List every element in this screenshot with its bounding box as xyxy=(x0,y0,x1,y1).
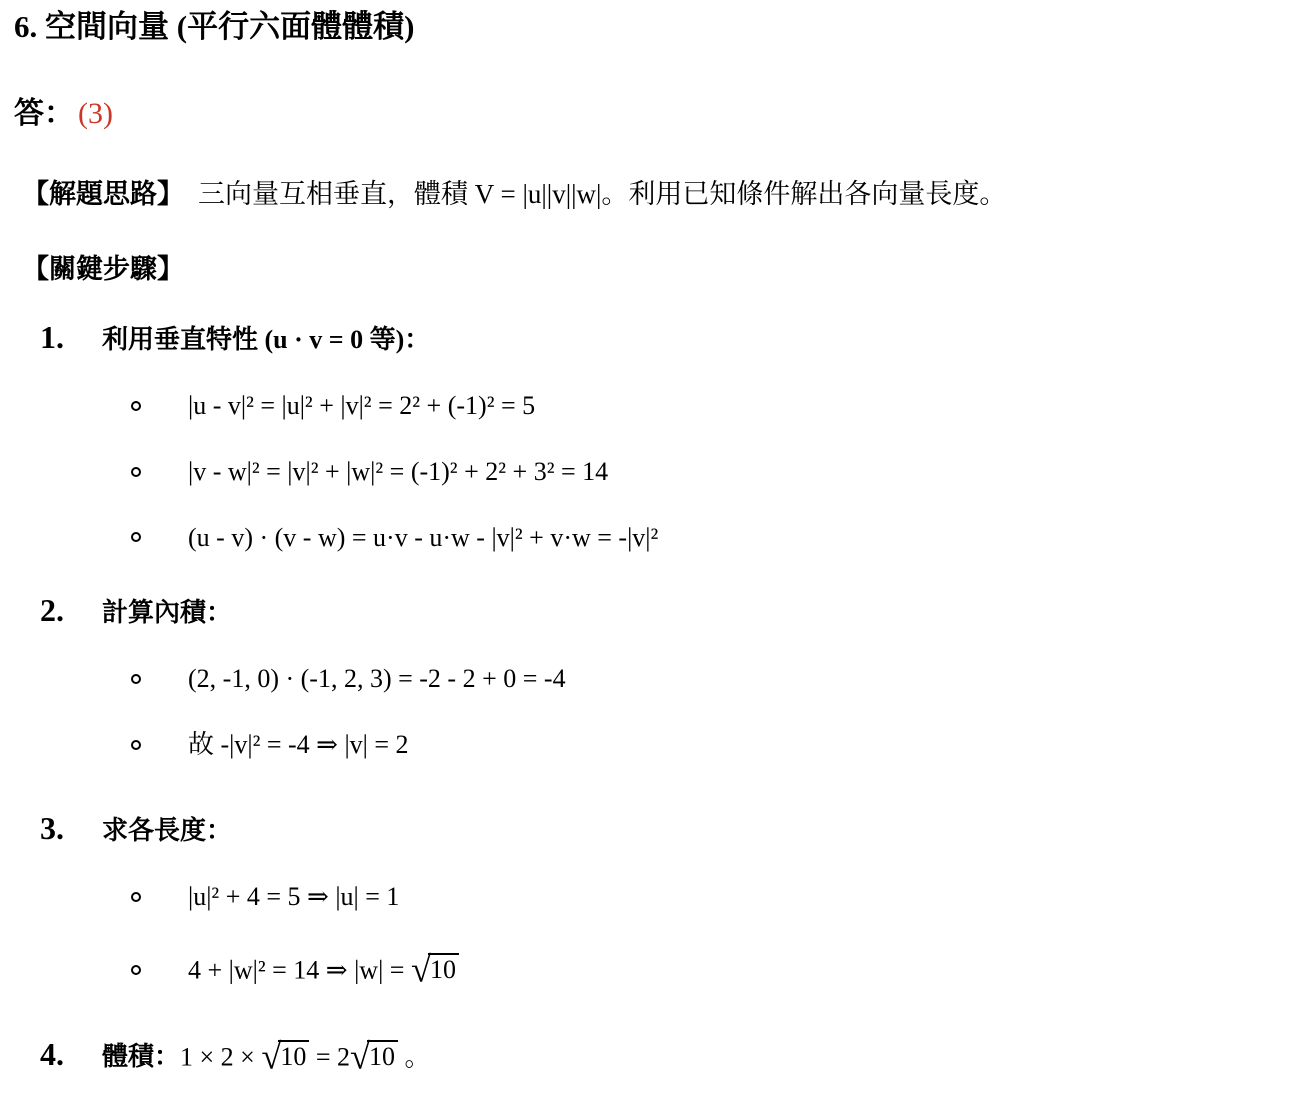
bullet-circle-icon xyxy=(131,401,141,411)
radicand: 10 xyxy=(278,1040,309,1072)
step-number: 4. xyxy=(40,1034,102,1074)
volume-formula: 1 × 2 × √10 = 2√10 。 xyxy=(180,1039,430,1075)
bullet-circle-icon xyxy=(131,965,141,975)
step-title: 體積： xyxy=(102,1041,180,1074)
answer-label: 答： xyxy=(14,97,74,130)
bullet-circle-icon xyxy=(131,532,141,542)
formula-suffix: 。 xyxy=(398,1042,431,1071)
bullet-circle-icon xyxy=(131,892,141,902)
step-3: 3. 求各長度： xyxy=(40,808,1292,848)
formula-mid: = 2 xyxy=(309,1042,350,1071)
formula-text: |u|² + 4 = 5 ⇒ |u| = 1 xyxy=(188,880,399,914)
square-root: √10 xyxy=(411,955,459,984)
page-title: 6. 空間向量 (平行六面體體積) xyxy=(14,8,1292,47)
step-1-bullet-3: (u - v) · (v - w) = u·v - u·w - |v|² + v… xyxy=(131,521,1292,555)
step-1-bullet-2: |v - w|² = |v|² + |w|² = (-1)² + 2² + 3²… xyxy=(131,455,1292,489)
radicand: 10 xyxy=(367,1040,398,1072)
bullet-circle-icon xyxy=(131,674,141,684)
radical-sign-icon: √ xyxy=(261,1037,279,1077)
formula-prefix: 4 + |w|² = 14 ⇒ |w| = xyxy=(188,955,411,984)
formula-text: 故 -|v|² = -4 ⇒ |v| = 2 xyxy=(188,728,409,762)
radical-sign-icon: √ xyxy=(411,950,429,990)
formula-text: (u - v) · (v - w) = u·v - u·w - |v|² + v… xyxy=(188,521,658,555)
formula-text: |u - v|² = |u|² + |v|² = 2² + (-1)² = 5 xyxy=(188,389,535,423)
step-2-bullet-1: (2, -1, 0) · (-1, 2, 3) = -2 - 2 + 0 = -… xyxy=(131,662,1292,696)
step-title: 利用垂直特性 (u · v = 0 等)： xyxy=(102,324,430,357)
formula-prefix: 1 × 2 × xyxy=(180,1042,261,1071)
step-2: 2. 計算內積： xyxy=(40,590,1292,630)
radical-sign-icon: √ xyxy=(350,1037,368,1077)
radicand: 10 xyxy=(428,953,459,985)
key-steps-label: 【關鍵步驟】 xyxy=(22,252,1292,287)
step-1: 1. 利用垂直特性 (u · v = 0 等)： xyxy=(40,317,1292,357)
answer-line: 答：(3) xyxy=(14,96,1292,132)
step-number: 1. xyxy=(40,317,102,357)
step-title: 求各長度： xyxy=(102,815,232,848)
bullet-circle-icon xyxy=(131,740,141,750)
step-3-bullet-2: 4 + |w|² = 14 ⇒ |w| = √10 xyxy=(131,952,1292,988)
approach-text: 三向量互相垂直，體積 V = |u||v||w|。利用已知條件解出各向量長度。 xyxy=(198,179,1006,209)
formula-text: (2, -1, 0) · (-1, 2, 3) = -2 - 2 + 0 = -… xyxy=(188,662,566,696)
step-title: 計算內積： xyxy=(102,597,232,630)
approach-line: 【解題思路】三向量互相垂直，體積 V = |u||v||w|。利用已知條件解出各… xyxy=(22,177,1292,212)
formula-text: 4 + |w|² = 14 ⇒ |w| = √10 xyxy=(188,952,459,988)
step-2-bullet-2: 故 -|v|² = -4 ⇒ |v| = 2 xyxy=(131,728,1292,762)
step-1-bullet-1: |u - v|² = |u|² + |v|² = 2² + (-1)² = 5 xyxy=(131,389,1292,423)
step-3-bullet-1: |u|² + 4 = 5 ⇒ |u| = 1 xyxy=(131,880,1292,914)
square-root: √10 xyxy=(261,1042,309,1071)
answer-value: (3) xyxy=(78,97,113,130)
bullet-circle-icon xyxy=(131,467,141,477)
approach-label: 【解題思路】 xyxy=(22,179,184,209)
solution-document: 6. 空間向量 (平行六面體體積) 答：(3) 【解題思路】三向量互相垂直，體積… xyxy=(0,0,1292,1116)
step-number: 3. xyxy=(40,808,102,848)
step-number: 2. xyxy=(40,590,102,630)
step-4: 4. 體積： 1 × 2 × √10 = 2√10 。 xyxy=(40,1034,1292,1075)
square-root: √10 xyxy=(350,1042,398,1071)
formula-text: |v - w|² = |v|² + |w|² = (-1)² + 2² + 3²… xyxy=(188,455,608,489)
